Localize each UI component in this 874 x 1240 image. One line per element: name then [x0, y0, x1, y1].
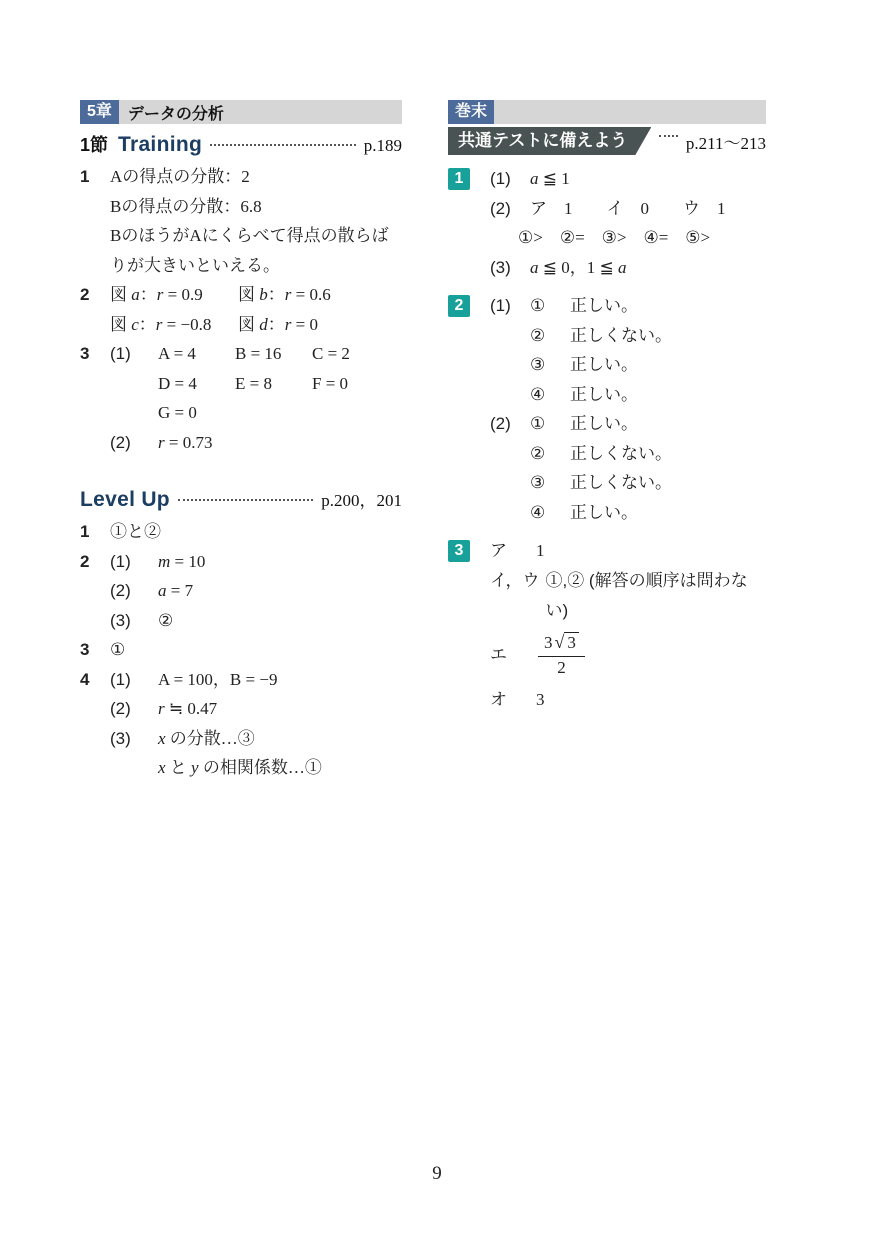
problem-part: (2) ア 1 イ 0 ウ 1 ①> ②= ③> ④= ⑤>: [490, 194, 766, 253]
choice-verdict: 正しくない。: [570, 468, 672, 498]
math-var: r: [285, 315, 292, 334]
answer-row: オ 3: [490, 685, 766, 715]
answer-cell: F = 0: [312, 369, 348, 399]
answer-label: オ: [490, 685, 530, 715]
math-var: m: [158, 552, 170, 571]
answer-cell: 図 a：r = 0.9: [110, 280, 238, 310]
choice-mark: ①: [530, 291, 570, 321]
item-body: (1) m = 10 (2) a = 7 (3) ②: [110, 547, 402, 636]
answer-line: Aの得点の分散：2: [110, 162, 402, 192]
item-part: (1) A = 4 B = 16 C = 2 D = 4 E = 8 F = 0…: [110, 339, 402, 428]
answer-line: r = 0.73: [158, 428, 402, 458]
choice-verdict: 正しい。: [570, 380, 638, 410]
answer-line: BのほうがAにくらべて得点の散らばりが大きいといえる。: [110, 221, 402, 280]
radical-coefficient: 3: [544, 633, 553, 653]
item-number: 1: [80, 517, 110, 547]
answer-line: a = 7: [158, 576, 402, 606]
choice-mark: ②: [530, 439, 570, 469]
part-label: (2): [110, 694, 158, 724]
levelup-title: Level Up: [80, 488, 170, 512]
training-page-ref: p.189: [364, 136, 402, 156]
answer-row: エ 3 √ 3 2: [490, 625, 766, 685]
math-var: a: [530, 169, 539, 188]
item-part: (2) r = 0.73: [110, 428, 402, 458]
part-label: (2): [490, 409, 530, 527]
item-body: (1) A = 4 B = 16 C = 2 D = 4 E = 8 F = 0…: [110, 339, 402, 457]
choice-verdict: 正しくない。: [570, 439, 672, 469]
math-var: r: [157, 285, 164, 304]
test-page-ref: p.211～213: [686, 129, 766, 154]
answer-line: a ≦ 1: [530, 164, 766, 194]
part-body: A = 4 B = 16 C = 2 D = 4 E = 8 F = 0 G =…: [158, 339, 402, 428]
radicand: 3: [564, 632, 579, 653]
item-part: (2) a = 7: [110, 576, 402, 606]
choice-row: ① 正しい。: [530, 291, 766, 321]
problem-number-badge: 3: [448, 540, 470, 562]
math-var: x: [158, 729, 166, 748]
answer-line: ①> ②= ③> ④= ⑤>: [518, 223, 766, 253]
answer-line: x と y の相関係数…①: [158, 753, 402, 783]
part-label: (1): [110, 339, 158, 428]
part-label: (2): [110, 428, 158, 458]
choice-mark: ③: [530, 350, 570, 380]
math-var: r: [158, 699, 165, 718]
item-part: (2) r ≒ 0.47: [110, 694, 402, 724]
problem-body: (1) ① 正しい。 ② 正しくない。 ③ 正しい。 ④: [490, 291, 766, 527]
answer-line: ア 1 イ 0 ウ 1: [530, 194, 766, 224]
page-number: 9: [0, 1163, 874, 1185]
fraction: 3 √ 3 2: [538, 632, 585, 678]
item-number: 3: [80, 635, 110, 665]
answer-cell: 図 b：r = 0.6: [238, 280, 331, 310]
test-heading: 共通テストに備えよう p.211～213: [448, 127, 766, 155]
problem-number-badge: 2: [448, 295, 470, 317]
answer-cell: A = 4: [158, 339, 235, 369]
answer-cell: B = 16: [235, 339, 312, 369]
answer-label: イ，ウ: [490, 566, 539, 625]
answer-cell: C = 2: [312, 339, 350, 369]
part-label: (3): [110, 606, 158, 636]
levelup-item: 2 (1) m = 10 (2) a = 7 (3) ②: [80, 547, 402, 636]
item-part: (3) x の分散…③ x と y の相関係数…①: [110, 724, 402, 783]
fraction-denominator: 2: [557, 657, 566, 678]
answer-row: ア 1: [490, 536, 766, 566]
math-var: r: [285, 285, 292, 304]
answer-line: A = 100，B = −9: [158, 665, 402, 695]
choice-verdict: 正しくない。: [570, 321, 672, 351]
part-body: x の分散…③ x と y の相関係数…①: [158, 724, 402, 783]
answer-cell: E = 8: [235, 369, 312, 399]
kanmatsu-badge: 巻末: [448, 100, 494, 124]
answer-row: 図 a：r = 0.9 図 b：r = 0.6: [110, 280, 402, 310]
part-label: (1): [490, 291, 530, 409]
radical-sign-icon: √: [555, 632, 565, 654]
choice-verdict: 正しい。: [570, 409, 638, 439]
math-var: a: [158, 581, 167, 600]
math-var: x: [158, 758, 166, 777]
item-part: (1) m = 10: [110, 547, 402, 577]
answer-value: ①,② (解答の順序は問わない): [545, 566, 766, 625]
choice-row: ① 正しい。: [530, 409, 766, 439]
levelup-heading: Level Up p.200，201: [80, 486, 402, 517]
item-number: 2: [80, 547, 110, 636]
choice-mark: ③: [530, 468, 570, 498]
answer-row: イ，ウ ①,② (解答の順序は問わない): [490, 566, 766, 625]
kanmatsu-header-bar: 巻末: [448, 100, 766, 124]
problem-body: (1) a ≦ 1 (2) ア 1 イ 0 ウ 1 ①> ②= ③> ④= ⑤>…: [490, 164, 766, 282]
choice-mark: ②: [530, 321, 570, 351]
choice-mark: ④: [530, 498, 570, 528]
answer-cell: D = 4: [158, 369, 235, 399]
chapter-header-bar: 5章 データの分析: [80, 100, 402, 124]
problem: 3 ア 1 イ，ウ ①,② (解答の順序は問わない) エ 3 √ 3 2: [448, 536, 766, 715]
choice-verdict: 正しい。: [570, 350, 638, 380]
choice-verdict: 正しい。: [570, 498, 638, 528]
item-number: 2: [80, 280, 110, 339]
answer-line: ①: [110, 635, 402, 665]
choice-row: ④ 正しい。: [530, 380, 766, 410]
part-label: (1): [110, 665, 158, 695]
math-var: d: [259, 315, 268, 334]
choice-mark: ④: [530, 380, 570, 410]
answer-line: ②: [158, 606, 402, 636]
item-body: (1) A = 100，B = −9 (2) r ≒ 0.47 (3) x の分…: [110, 665, 402, 783]
choice-row: ③ 正しい。: [530, 350, 766, 380]
choice-mark: ①: [530, 409, 570, 439]
answer-row: G = 0: [158, 398, 402, 428]
math-var: y: [191, 758, 199, 777]
answer-row: 図 c：r = −0.8 図 d：r = 0: [110, 310, 402, 340]
training-heading: 1節 Training p.189: [80, 131, 402, 162]
choice-row: ④ 正しい。: [530, 498, 766, 528]
math-var: r: [156, 315, 163, 334]
problem: 2 (1) ① 正しい。 ② 正しくない。 ③ 正しい。: [448, 291, 766, 527]
part-body: ア 1 イ 0 ウ 1 ①> ②= ③> ④= ⑤>: [530, 194, 766, 253]
part-label: (3): [490, 253, 530, 283]
item-part: (3) ②: [110, 606, 402, 636]
answer-line: r ≒ 0.47: [158, 694, 402, 724]
section-label: 1節: [80, 131, 108, 157]
levelup-item: 1 ①と②: [80, 517, 402, 547]
part-label: (3): [110, 724, 158, 783]
answer-cell: 図 d：r = 0: [238, 310, 318, 340]
choice-row: ② 正しくない。: [530, 321, 766, 351]
math-var: b: [259, 285, 268, 304]
math-var: a: [530, 258, 539, 277]
problem-part: (1) a ≦ 1: [490, 164, 766, 194]
chapter-badge: 5章: [80, 100, 119, 124]
problem-number-badge: 1: [448, 168, 470, 190]
math-var: c: [131, 315, 139, 334]
math-var: r: [158, 433, 165, 452]
problem-part: (3) a ≦ 0，1 ≦ a: [490, 253, 766, 283]
answer-row: A = 4 B = 16 C = 2: [158, 339, 402, 369]
test-title-box: 共通テストに備えよう: [448, 127, 651, 155]
answer-line: ①と②: [110, 517, 402, 547]
answer-line: x の分散…③: [158, 724, 402, 754]
part-body: ① 正しい。 ② 正しくない。 ③ 正しくない。 ④ 正しい。: [530, 409, 766, 527]
fraction-numerator: 3 √ 3: [538, 632, 585, 657]
part-label: (1): [490, 164, 530, 194]
choice-row: ③ 正しくない。: [530, 468, 766, 498]
dotted-leader: [178, 499, 313, 501]
problem-body: ア 1 イ，ウ ①,② (解答の順序は問わない) エ 3 √ 3 2: [490, 536, 766, 715]
levelup-page-ref: p.200，201: [321, 486, 402, 511]
levelup-item: 3 ①: [80, 635, 402, 665]
training-item: 2 図 a：r = 0.9 図 b：r = 0.6 図 c：r = −0.8 図…: [80, 280, 402, 339]
problem-part: (2) ① 正しい。 ② 正しくない。 ③ 正しくない。 ④: [490, 409, 766, 527]
answer-line: m = 10: [158, 547, 402, 577]
problem-part: (1) ① 正しい。 ② 正しくない。 ③ 正しい。 ④: [490, 291, 766, 409]
choice-row: ② 正しくない。: [530, 439, 766, 469]
choice-verdict: 正しい。: [570, 291, 638, 321]
answer-value: 3: [536, 685, 545, 715]
answer-cell: G = 0: [158, 398, 235, 428]
item-body: Aの得点の分散：2 Bの得点の分散：6.8 BのほうがAにくらべて得点の散らばり…: [110, 162, 402, 280]
answer-value: 1: [536, 536, 545, 566]
training-item: 3 (1) A = 4 B = 16 C = 2 D = 4 E = 8 F =…: [80, 339, 402, 457]
left-column: 5章 データの分析 1節 Training p.189 1 Aの得点の分散：2 …: [80, 100, 402, 783]
dotted-leader: [210, 144, 356, 146]
answer-line: Bの得点の分散：6.8: [110, 192, 402, 222]
chapter-title: データの分析: [119, 101, 224, 124]
math-var: a: [131, 285, 140, 304]
part-label: (2): [110, 576, 158, 606]
levelup-item: 4 (1) A = 100，B = −9 (2) r ≒ 0.47 (3) x …: [80, 665, 402, 783]
part-body: ① 正しい。 ② 正しくない。 ③ 正しい。 ④ 正しい。: [530, 291, 766, 409]
answer-label: エ: [490, 640, 530, 670]
answer-label: ア: [490, 536, 530, 566]
problem: 1 (1) a ≦ 1 (2) ア 1 イ 0 ウ 1 ①> ②= ③> ④= …: [448, 164, 766, 282]
right-column: 巻末 共通テストに備えよう p.211～213 1 (1) a ≦ 1 (2) …: [448, 100, 766, 715]
item-number: 4: [80, 665, 110, 783]
item-body: 図 a：r = 0.9 図 b：r = 0.6 図 c：r = −0.8 図 d…: [110, 280, 402, 339]
item-number: 3: [80, 339, 110, 457]
dotted-leader: [659, 135, 678, 137]
part-label: (1): [110, 547, 158, 577]
answer-row: D = 4 E = 8 F = 0: [158, 369, 402, 399]
item-part: (1) A = 100，B = −9: [110, 665, 402, 695]
training-item: 1 Aの得点の分散：2 Bの得点の分散：6.8 BのほうがAにくらべて得点の散ら…: [80, 162, 402, 280]
training-title: Training: [118, 133, 202, 157]
answer-line: a ≦ 0，1 ≦ a: [530, 253, 766, 283]
answer-cell: 図 c：r = −0.8: [110, 310, 238, 340]
item-number: 1: [80, 162, 110, 280]
math-var: a: [618, 258, 627, 277]
